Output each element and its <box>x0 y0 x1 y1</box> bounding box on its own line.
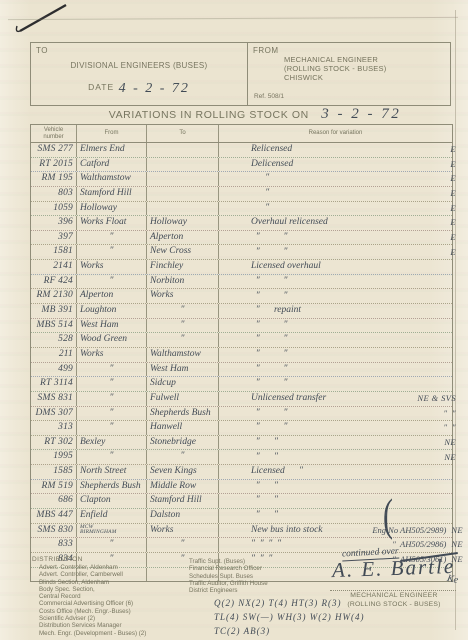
variations-table: Vehicle number From To Reason for variat… <box>30 124 453 582</box>
vehicle-number: 211 <box>31 348 77 362</box>
reason-text: ″ <box>251 202 269 215</box>
margin-annotation: NE & SVS <box>417 392 456 405</box>
reason-cell: ″ ″ <box>219 494 452 508</box>
reason-text: ″ ″ <box>251 421 287 434</box>
table-row: RT 302BexleyStonebridge ″ ″NE <box>31 436 452 451</box>
title-text: VARIATIONS IN ROLLING STOCK ON <box>109 109 309 121</box>
to-cell: ″ <box>147 538 219 552</box>
scanned-document: TO DIVISIONAL ENGINEERS (BUSES) DATE 4 -… <box>0 0 468 640</box>
scan-crease-line <box>8 17 458 20</box>
reason-text: ″ ″ <box>251 407 287 420</box>
reason-cell: ″ ″E <box>219 231 452 245</box>
distribution-item: Scientific Adviser (2) <box>32 615 146 622</box>
to-cell <box>147 143 219 157</box>
margin-annotation: E <box>450 172 456 185</box>
vehicle-number: RT 2015 <box>31 158 77 172</box>
table-row: DMS 307″Shepherds Bush ″ ″″ ″ <box>31 407 452 422</box>
reason-text: ″ ″ ″ ″ <box>251 538 281 551</box>
distribution-item: Mech. Engr. (Development - Buses) (2) <box>32 630 146 637</box>
from-cell: MCWBIRMINGHAM <box>77 524 147 538</box>
reason-text: ″ ″ <box>251 246 287 259</box>
reason-text: ″ ″ <box>251 480 278 493</box>
reason-cell: Licensed overhaul <box>219 260 452 274</box>
to-cell: Finchley <box>147 260 219 274</box>
table-row: MBS 514West Ham″ ″ ″ <box>31 319 452 334</box>
reason-cell: ″E <box>219 202 452 216</box>
reason-cell: ″ ″ <box>219 348 452 362</box>
to-cell <box>147 172 219 186</box>
to-cell: Seven Kings <box>147 465 219 479</box>
table-row: 313″Hanwell ″ ″″ ″ <box>31 421 452 436</box>
vehicle-number: MB 391 <box>31 304 77 318</box>
margin-annotation: NE <box>444 451 456 464</box>
vehicle-number: RT 302 <box>31 436 77 450</box>
table-row: RM 195Walthamstow ″E <box>31 172 452 187</box>
reason-text: ″ ″ <box>251 509 278 522</box>
from-address: MECHANICAL ENGINEER (ROLLING STOCK - BUS… <box>284 55 386 82</box>
margin-annotation: E <box>450 158 456 171</box>
distribution-block: DISTRIBUTION Advert. Controller, Aldenha… <box>32 556 146 637</box>
vehicle-number: 396 <box>31 216 77 230</box>
header-to-cell: TO DIVISIONAL ENGINEERS (BUSES) DATE 4 -… <box>31 43 248 105</box>
table-row: 2141WorksFinchleyLicensed overhaul <box>31 260 452 275</box>
from-maker-line2: BIRMINGHAM <box>80 530 146 536</box>
to-label: TO <box>36 46 48 55</box>
to-cell: Works <box>147 289 219 303</box>
from-cell: ″ <box>77 231 147 245</box>
from-cell: Walthamstow <box>77 172 147 186</box>
to-cell: Sidcup <box>147 377 219 391</box>
reason-text: ″ ″ <box>251 319 287 332</box>
reason-cell: ″ repaint <box>219 304 452 318</box>
distribution-item: Traffic Supt. (Buses) <box>182 558 268 565</box>
vehicle-number: 397 <box>31 231 77 245</box>
reason-cell: ″E <box>219 172 452 186</box>
reason-text: ″ ″ <box>251 275 287 288</box>
from-cell: North Street <box>77 465 147 479</box>
reason-text: Delicensed <box>251 158 293 171</box>
table-row: 803Stamford Hill ″E <box>31 187 452 202</box>
from-cell: ″ <box>77 450 147 464</box>
reason-text: ″ ″ <box>251 494 278 507</box>
margin-annotation: ″ ″ <box>443 421 456 434</box>
from-line-3: CHISWICK <box>284 73 386 82</box>
distribution-heading: DISTRIBUTION <box>32 556 146 563</box>
from-cell: Catford <box>77 158 147 172</box>
reason-cell: ″ ″ ″ ″″ AH505/2986)NE <box>219 538 452 552</box>
from-cell: ″ <box>77 363 147 377</box>
reason-cell: ″ ″″ ″ <box>219 421 452 435</box>
from-cell: ″ <box>77 245 147 259</box>
col-header-vehicle: Vehicle number <box>31 125 77 142</box>
to-cell <box>147 202 219 216</box>
table-row: MB 391Loughton″ ″ repaint <box>31 304 452 319</box>
margin-annotation: E <box>450 187 456 200</box>
distribution-list-right: Traffic Supt. (Buses)Financial Research … <box>182 558 268 594</box>
reference-number: Ref. 508/1 <box>254 93 284 100</box>
distribution-item: Body Spec. Section, <box>32 586 146 593</box>
from-line-1: MECHANICAL ENGINEER <box>284 55 386 64</box>
vehicle-number: RM 519 <box>31 480 77 494</box>
margin-annotation: E <box>450 202 456 215</box>
vehicle-number: MBS 514 <box>31 319 77 333</box>
reason-text: ″ <box>251 172 269 185</box>
to-cell <box>147 187 219 201</box>
vehicle-number: RM 195 <box>31 172 77 186</box>
table-row: RM 2130AlpertonWorks ″ ″ <box>31 289 452 304</box>
from-cell: ″ <box>77 421 147 435</box>
from-label: FROM <box>253 46 279 55</box>
reason-cell: ″ ″ <box>219 363 452 377</box>
signature-line <box>330 590 456 591</box>
reason-text: New bus into stock <box>251 524 323 537</box>
vehicle-number: SMS 831 <box>31 392 77 406</box>
vehicle-number: 1995 <box>31 450 77 464</box>
reason-cell: Unlicensed transferNE & SVS <box>219 392 452 406</box>
from-cell: Wood Green <box>77 333 147 347</box>
from-cell: Works <box>77 348 147 362</box>
allocation-code-line: TL(4) SW(—) WH(3) W(2) HW(4) <box>214 610 364 624</box>
table-row: SMS 831″FulwellUnlicensed transferNE & S… <box>31 392 452 407</box>
table-header: Vehicle number From To Reason for variat… <box>31 125 452 143</box>
vehicle-number: 1059 <box>31 202 77 216</box>
reason-cell: ″ ″NE <box>219 436 452 450</box>
to-cell: New Cross <box>147 245 219 259</box>
date-value-handwritten: 4 - 2 - 72 <box>119 81 190 96</box>
from-cell: Works Float <box>77 216 147 230</box>
from-cell: ″ <box>77 392 147 406</box>
to-cell: Stamford Hill <box>147 494 219 508</box>
header-from-cell: FROM MECHANICAL ENGINEER (ROLLING STOCK … <box>248 43 450 105</box>
reason-cell: New bus into stockEng No AH505/2989)NE <box>219 524 452 538</box>
distribution-item: Costs Office (Mech. Engr.-Buses) <box>32 608 146 615</box>
to-cell: ″ <box>147 333 219 347</box>
margin-annotation: NE <box>451 538 463 551</box>
from-cell: West Ham <box>77 319 147 333</box>
to-cell: ″ <box>147 304 219 318</box>
table-row: RT 3114″Sidcup ″ ″ <box>31 377 452 392</box>
reason-cell: ″ ″ <box>219 275 452 289</box>
distribution-item: Distribution Services Manager <box>32 622 146 629</box>
vehicle-number: SMS 830 <box>31 524 77 538</box>
distribution-item: Financial Research Officer <box>182 565 268 572</box>
from-cell: ″ <box>77 275 147 289</box>
reason-cell: ″ ″ <box>219 509 452 523</box>
title-date-handwritten: 3 - 2 - 72 <box>321 106 401 122</box>
to-cell: Middle Row <box>147 480 219 494</box>
reason-text: ″ ″ <box>251 290 287 303</box>
to-cell: Walthamstow <box>147 348 219 362</box>
reason-cell: ″ ″″ ″ <box>219 407 452 421</box>
distribution-list-left: Advert. Controller, AldenhamAdvert. Cont… <box>32 564 146 637</box>
to-cell: Dalston <box>147 509 219 523</box>
vehicle-number: MBS 447 <box>31 509 77 523</box>
table-row: 528Wood Green″ ″ ″ <box>31 333 452 348</box>
table-row: 1581″New Cross ″ ″E <box>31 245 452 260</box>
from-cell: Enfield <box>77 509 147 523</box>
engine-numbers-brace: ( <box>383 494 393 536</box>
reason-cell: ″E <box>219 187 452 201</box>
table-row: 1585North StreetSeven KingsLicensed ″ <box>31 465 452 480</box>
margin-annotation: NE <box>444 436 456 449</box>
distribution-item: District Engineers <box>182 587 268 594</box>
vehicle-number: 803 <box>31 187 77 201</box>
date-label: DATE <box>88 82 114 92</box>
from-cell: Bexley <box>77 436 147 450</box>
to-cell: ″ <box>147 450 219 464</box>
from-cell: Stamford Hill <box>77 187 147 201</box>
col-header-from: From <box>77 125 147 142</box>
reason-text: Licensed ″ <box>251 465 303 478</box>
reason-cell: RelicensedE <box>219 143 452 157</box>
col-header-reason: Reason for variation <box>219 125 452 142</box>
allocation-code-line: TC(2) AB(3) <box>214 624 364 638</box>
vehicle-number: 313 <box>31 421 77 435</box>
col-header-vehicle-line2: number <box>43 134 63 141</box>
from-cell: Shepherds Bush <box>77 480 147 494</box>
to-cell: West Ham <box>147 363 219 377</box>
reason-cell: ″ ″ <box>219 377 452 391</box>
reason-cell: ″ ″E <box>219 245 452 259</box>
margin-annotation: E <box>450 231 456 244</box>
from-cell: ″ <box>77 538 147 552</box>
to-cell: Shepherds Bush <box>147 407 219 421</box>
margin-annotation: E <box>450 143 456 156</box>
table-row: RF 424″Norbiton ″ ″ <box>31 275 452 290</box>
to-cell: ″ <box>147 319 219 333</box>
vehicle-number: 833 <box>31 538 77 552</box>
margin-annotation: NE <box>451 524 463 537</box>
to-cell: Hanwell <box>147 421 219 435</box>
table-row: RT 2015CatfordDelicensedE <box>31 158 452 173</box>
vehicle-number: 499 <box>31 363 77 377</box>
document-title: VARIATIONS IN ROLLING STOCK ON 3 - 2 - 7… <box>60 105 450 123</box>
col-header-to: To <box>147 125 219 142</box>
table-row: SMS 277Elmers EndRelicensedE <box>31 143 452 158</box>
table-row: 1995″″ ″ ″NE <box>31 450 452 465</box>
reason-cell: ″ ″NE <box>219 450 452 464</box>
reason-text: ″ ″ <box>251 377 287 390</box>
reason-text: ″ ″ <box>251 436 278 449</box>
reason-text: Unlicensed transfer <box>251 392 326 405</box>
to-value: DIVISIONAL ENGINEERS (BUSES) <box>31 61 247 70</box>
vehicle-number: 1581 <box>31 245 77 259</box>
from-cell: Holloway <box>77 202 147 216</box>
reason-text: ″ ″ <box>251 363 287 376</box>
reason-cell: Overhaul relicensedE <box>219 216 452 230</box>
distribution-item: Central Record <box>32 593 146 600</box>
table-row: 211WorksWalthamstow ″ ″ <box>31 348 452 363</box>
vehicle-number: RT 3114 <box>31 377 77 391</box>
reason-cell: ″ ″ <box>219 289 452 303</box>
date-row: DATE 4 - 2 - 72 <box>31 79 247 97</box>
table-row: 396Works FloatHollowayOverhaul relicense… <box>31 216 452 231</box>
vehicle-number: DMS 307 <box>31 407 77 421</box>
reason-text: ″ ″ <box>251 348 287 361</box>
signature: A. E. Bartle <box>332 554 456 583</box>
table-row: 499″West Ham ″ ″ <box>31 363 452 378</box>
reason-cell: ″ ″ <box>219 480 452 494</box>
distribution-item: Schedules Supt. Buses <box>182 573 268 580</box>
table-row: 1059Holloway ″E <box>31 202 452 217</box>
reason-text: ″ repaint <box>251 304 301 317</box>
from-cell: ″ <box>77 407 147 421</box>
reason-cell: DelicensedE <box>219 158 452 172</box>
vehicle-number: SMS 277 <box>31 143 77 157</box>
distribution-item: Blinds Section, Aldenham <box>32 579 146 586</box>
reason-text: ″ ″ <box>251 451 278 464</box>
engine-number: ″ AH505/2986) <box>392 538 446 551</box>
vehicle-number: 686 <box>31 494 77 508</box>
reason-text: ″ ″ <box>251 231 287 244</box>
reason-text: Relicensed <box>251 143 292 156</box>
from-cell: Alperton <box>77 289 147 303</box>
margin-annotation: ″ ″ <box>443 407 456 420</box>
distribution-item: Traffic Auditor, Griffith House <box>182 580 268 587</box>
from-cell: Works <box>77 260 147 274</box>
to-cell: Stonebridge <box>147 436 219 450</box>
from-line-2: (ROLLING STOCK - BUSES) <box>284 64 386 73</box>
garage-allocation-codes: Q(2) NX(2) T(4) HT(3) R(3)TL(4) SW(—) WH… <box>214 596 364 638</box>
reason-text: Licensed overhaul <box>251 260 321 273</box>
reason-text: Overhaul relicensed <box>251 216 328 229</box>
to-cell: Norbiton <box>147 275 219 289</box>
to-cell: Holloway <box>147 216 219 230</box>
from-cell: Clapton <box>77 494 147 508</box>
to-cell <box>147 158 219 172</box>
reason-cell: Licensed ″ <box>219 465 452 479</box>
table-row: 397″Alperton ″ ″E <box>31 231 452 246</box>
margin-annotation: E <box>450 246 456 259</box>
vehicle-number: RM 2130 <box>31 289 77 303</box>
to-cell: Alperton <box>147 231 219 245</box>
from-cell: ″ <box>77 377 147 391</box>
vehicle-number: 2141 <box>31 260 77 274</box>
countersign-initials: Ke <box>446 573 459 586</box>
vehicle-number: 1585 <box>31 465 77 479</box>
distribution-item: Advert. Controller, Aldenham <box>32 564 146 571</box>
reason-text: ″ <box>251 187 269 200</box>
reason-text: ″ ″ <box>251 333 287 346</box>
to-cell: Fulwell <box>147 392 219 406</box>
distribution-item: Advert. Controller, Camberwell <box>32 571 146 578</box>
margin-annotation: E <box>450 216 456 229</box>
reason-cell: ″ ″ <box>219 319 452 333</box>
reason-cell: ″ ″ <box>219 333 452 347</box>
header-box: TO DIVISIONAL ENGINEERS (BUSES) DATE 4 -… <box>30 42 451 106</box>
distribution-item: Commercial Advertising Officer (6) <box>32 600 146 607</box>
from-cell: Elmers End <box>77 143 147 157</box>
col-header-vehicle-line1: Vehicle <box>44 127 63 134</box>
allocation-code-line: Q(2) NX(2) T(4) HT(3) R(3) <box>214 596 364 610</box>
from-cell: Loughton <box>77 304 147 318</box>
to-cell: Works <box>147 524 219 538</box>
vehicle-number: 528 <box>31 333 77 347</box>
vehicle-number: RF 424 <box>31 275 77 289</box>
